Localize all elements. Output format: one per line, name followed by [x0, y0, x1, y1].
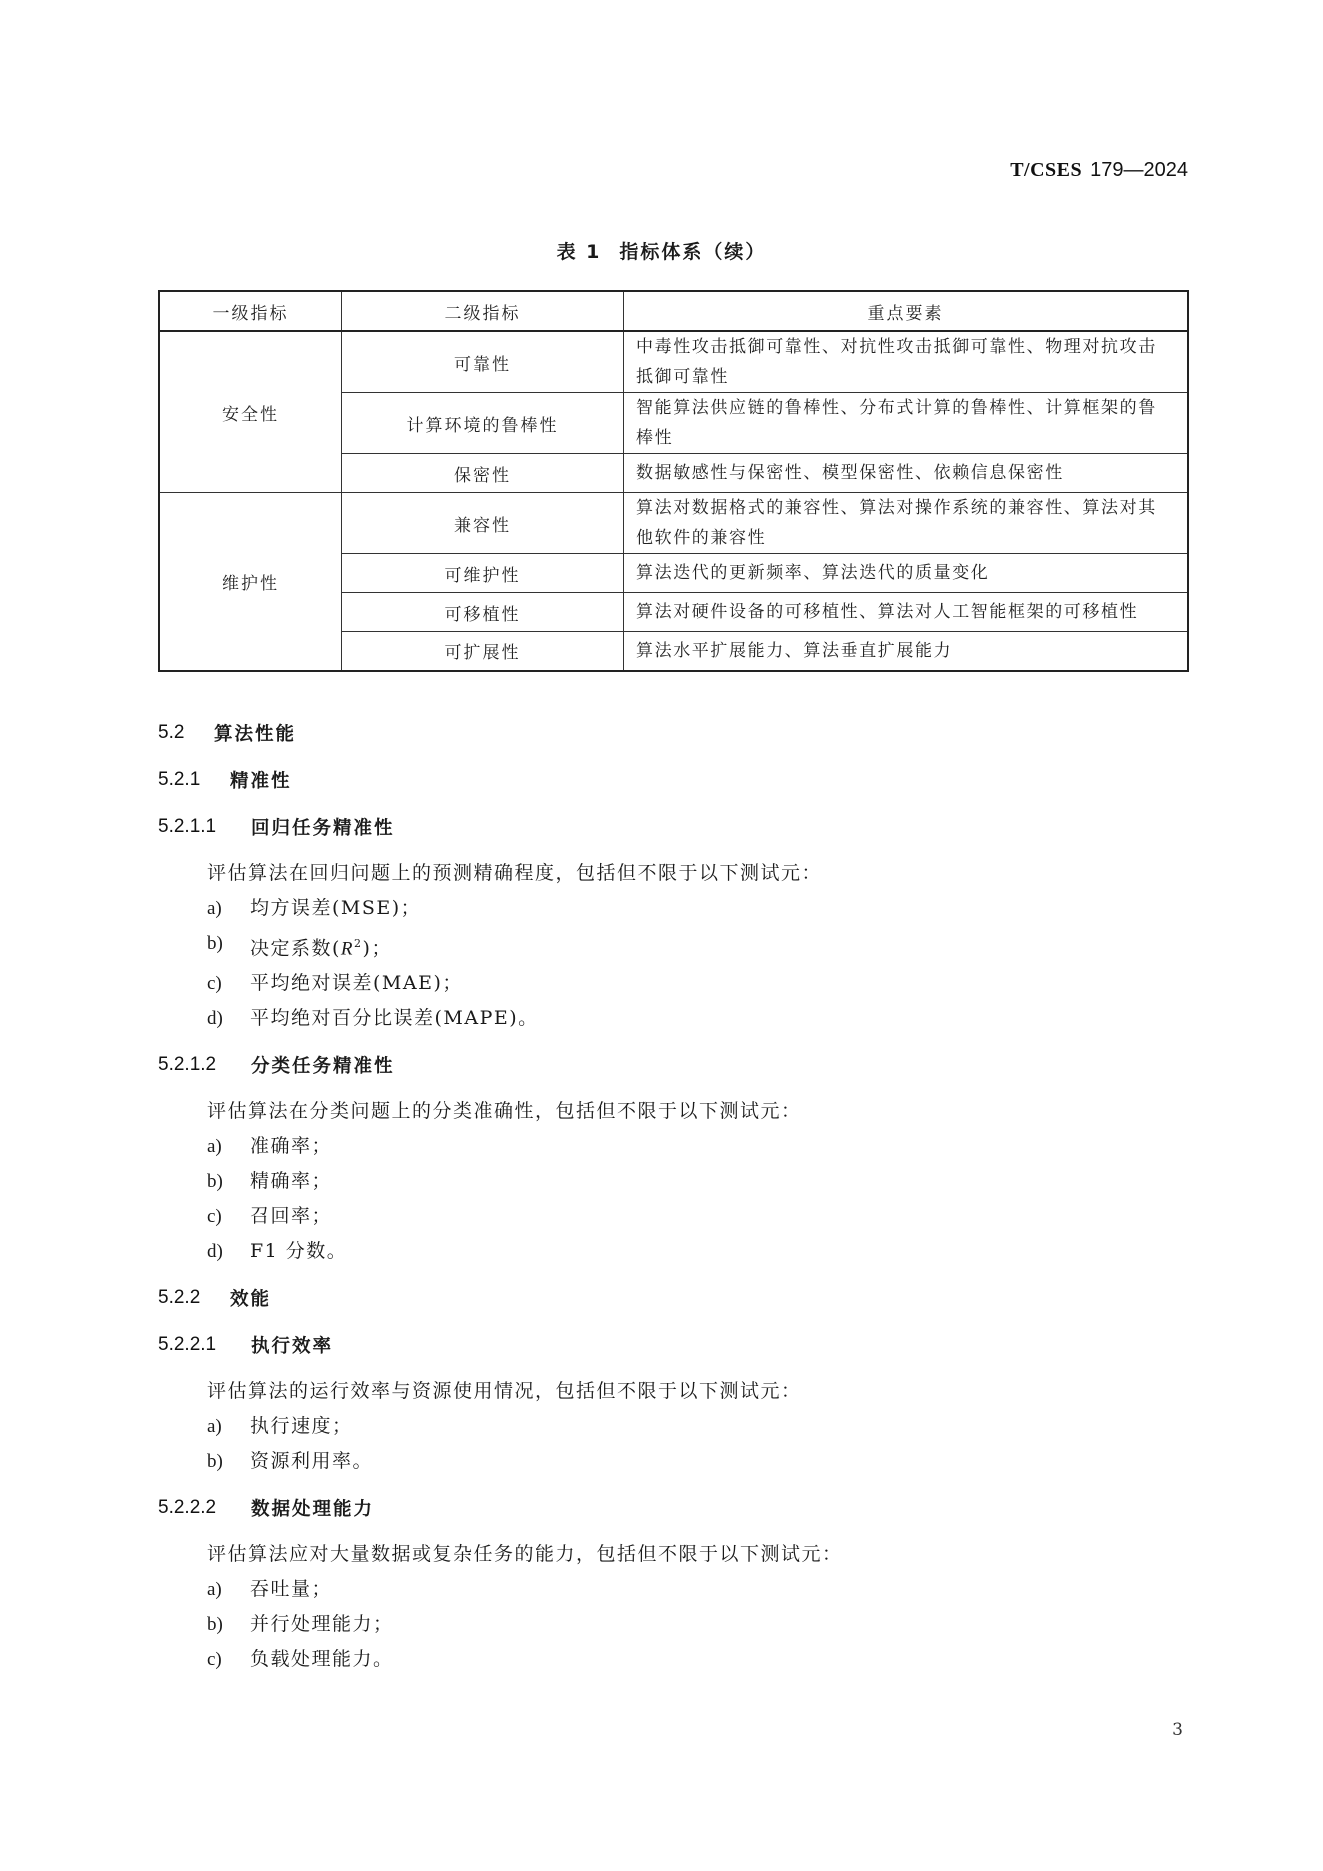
page-number: 3: [1172, 1720, 1183, 1740]
level1-cell: 维护性: [159, 493, 342, 671]
section-heading: 5.2算法性能: [158, 716, 1189, 750]
section-number: 5.2.2: [158, 1287, 230, 1309]
section-title: 数据处理能力: [251, 1495, 374, 1521]
list-item: d)F1 分数。: [207, 1234, 1189, 1269]
superscript: 2: [354, 937, 363, 950]
list-text: 召回率；: [250, 1199, 332, 1234]
paragraph: 评估算法在回归问题上的预测精确程度，包括但不限于以下测试元：: [207, 856, 1189, 891]
list-text: 准确率；: [250, 1129, 332, 1164]
list-item: b)决定系数(R2)；: [207, 926, 1189, 966]
section-title: 算法性能: [214, 720, 296, 746]
column-header: 二级指标: [342, 291, 624, 331]
list-item: a)准确率；: [207, 1129, 1189, 1164]
list-text: 决定系数(R2)；: [250, 926, 392, 966]
list-item: a)吞吐量；: [207, 1572, 1189, 1607]
list-item: b)资源利用率。: [207, 1444, 1189, 1479]
list-marker: a): [207, 1129, 250, 1164]
section-title: 精准性: [230, 767, 292, 793]
standard-code: T/CSES179—2024: [1010, 157, 1188, 182]
list-item: c)召回率；: [207, 1199, 1189, 1234]
list-text: 资源利用率。: [250, 1444, 373, 1479]
elements-cell: 数据敏感性与保密性、模型保密性、依赖信息保密性: [624, 454, 1189, 493]
elements-cell: 中毒性攻击抵御可靠性、对抗性攻击抵御可靠性、物理对抗攻击抵御可靠性: [624, 331, 1189, 393]
standard-number: 179—2024: [1090, 159, 1188, 181]
list-marker: b): [207, 1164, 250, 1199]
list-marker: a): [207, 1572, 250, 1607]
list-text: 精确率；: [250, 1164, 332, 1199]
elements-cell: 算法水平扩展能力、算法垂直扩展能力: [624, 632, 1189, 671]
paragraph: 评估算法在分类问题上的分类准确性，包括但不限于以下测试元：: [207, 1094, 1189, 1129]
column-header: 重点要素: [624, 291, 1189, 331]
standard-org: T/CSES: [1010, 159, 1082, 181]
table-caption-number: 表 1: [557, 241, 602, 263]
paragraph: 评估算法的运行效率与资源使用情况，包括但不限于以下测试元：: [207, 1374, 1189, 1409]
table-caption-title: 指标体系（续）: [619, 241, 766, 263]
elements-cell: 算法对数据格式的兼容性、算法对操作系统的兼容性、算法对其他软件的兼容性: [624, 493, 1189, 554]
level2-cell: 计算环境的鲁棒性: [342, 393, 624, 454]
table-row: 维护性 兼容性 算法对数据格式的兼容性、算法对操作系统的兼容性、算法对其他软件的…: [159, 493, 1188, 554]
list-item: a)均方误差(MSE)；: [207, 891, 1189, 926]
level2-cell: 保密性: [342, 454, 624, 493]
section-number: 5.2: [158, 722, 214, 744]
table-header-row: 一级指标 二级指标 重点要素: [159, 291, 1188, 331]
body-content: 5.2算法性能 5.2.1精准性 5.2.1.1回归任务精准性 评估算法在回归问…: [158, 716, 1189, 1677]
paragraph: 评估算法应对大量数据或复杂任务的能力，包括但不限于以下测试元：: [207, 1537, 1189, 1572]
table-row: 安全性 可靠性 中毒性攻击抵御可靠性、对抗性攻击抵御可靠性、物理对抗攻击抵御可靠…: [159, 331, 1188, 393]
list-text: 并行处理能力；: [250, 1607, 394, 1642]
section-heading: 5.2.2.2数据处理能力: [158, 1491, 1189, 1525]
level1-cell: 安全性: [159, 331, 342, 493]
indicator-table: 一级指标 二级指标 重点要素 安全性 可靠性 中毒性攻击抵御可靠性、对抗性攻击抵…: [158, 290, 1189, 672]
list-text: F1 分数。: [250, 1234, 347, 1269]
section-heading: 5.2.1.1回归任务精准性: [158, 810, 1189, 844]
list-text: 执行速度；: [250, 1409, 353, 1444]
section-title: 执行效率: [251, 1332, 333, 1358]
list-text-post: )；: [363, 937, 392, 959]
math-variable: R: [341, 938, 354, 959]
section-number: 5.2.1.1: [158, 816, 251, 838]
section-title: 效能: [230, 1285, 271, 1311]
list-marker: b): [207, 1607, 250, 1642]
section-title: 分类任务精准性: [251, 1052, 395, 1078]
section-heading: 5.2.2效能: [158, 1281, 1189, 1315]
list-marker: b): [207, 926, 250, 966]
elements-cell: 算法迭代的更新频率、算法迭代的质量变化: [624, 554, 1189, 593]
section-number: 5.2.1: [158, 769, 230, 791]
section-heading: 5.2.2.1执行效率: [158, 1328, 1189, 1362]
section-title: 回归任务精准性: [251, 814, 395, 840]
list-text: 负载处理能力。: [250, 1642, 394, 1677]
list-item: c)平均绝对误差(MAE)；: [207, 966, 1189, 1001]
elements-cell: 智能算法供应链的鲁棒性、分布式计算的鲁棒性、计算框架的鲁棒性: [624, 393, 1189, 454]
list-marker: c): [207, 1642, 250, 1677]
list-marker: c): [207, 1199, 250, 1234]
level2-cell: 可靠性: [342, 331, 624, 393]
list-item: d)平均绝对百分比误差(MAPE)。: [207, 1001, 1189, 1036]
list-marker: b): [207, 1444, 250, 1479]
list-marker: c): [207, 966, 250, 1001]
level2-cell: 可移植性: [342, 593, 624, 632]
section-heading: 5.2.1精准性: [158, 763, 1189, 797]
list-text: 平均绝对误差(MAE)；: [250, 966, 463, 1001]
elements-cell: 算法对硬件设备的可移植性、算法对人工智能框架的可移植性: [624, 593, 1189, 632]
list-text: 均方误差(MSE)；: [250, 891, 421, 926]
list-item: b)并行处理能力；: [207, 1607, 1189, 1642]
list-item: c)负载处理能力。: [207, 1642, 1189, 1677]
section-number: 5.2.1.2: [158, 1054, 251, 1076]
level2-cell: 兼容性: [342, 493, 624, 554]
list-marker: d): [207, 1001, 250, 1036]
list-marker: a): [207, 1409, 250, 1444]
list-item: a)执行速度；: [207, 1409, 1189, 1444]
section-number: 5.2.2.2: [158, 1497, 251, 1519]
list-marker: a): [207, 891, 250, 926]
level2-cell: 可扩展性: [342, 632, 624, 671]
column-header: 一级指标: [159, 291, 342, 331]
section-number: 5.2.2.1: [158, 1334, 251, 1356]
level2-cell: 可维护性: [342, 554, 624, 593]
list-item: b)精确率；: [207, 1164, 1189, 1199]
table-caption: 表 1指标体系（续）: [0, 237, 1323, 264]
list-text: 平均绝对百分比误差(MAPE)。: [250, 1001, 539, 1036]
list-marker: d): [207, 1234, 250, 1269]
section-heading: 5.2.1.2分类任务精准性: [158, 1048, 1189, 1082]
list-text-pre: 决定系数(: [250, 937, 341, 959]
list-text: 吞吐量；: [250, 1572, 332, 1607]
